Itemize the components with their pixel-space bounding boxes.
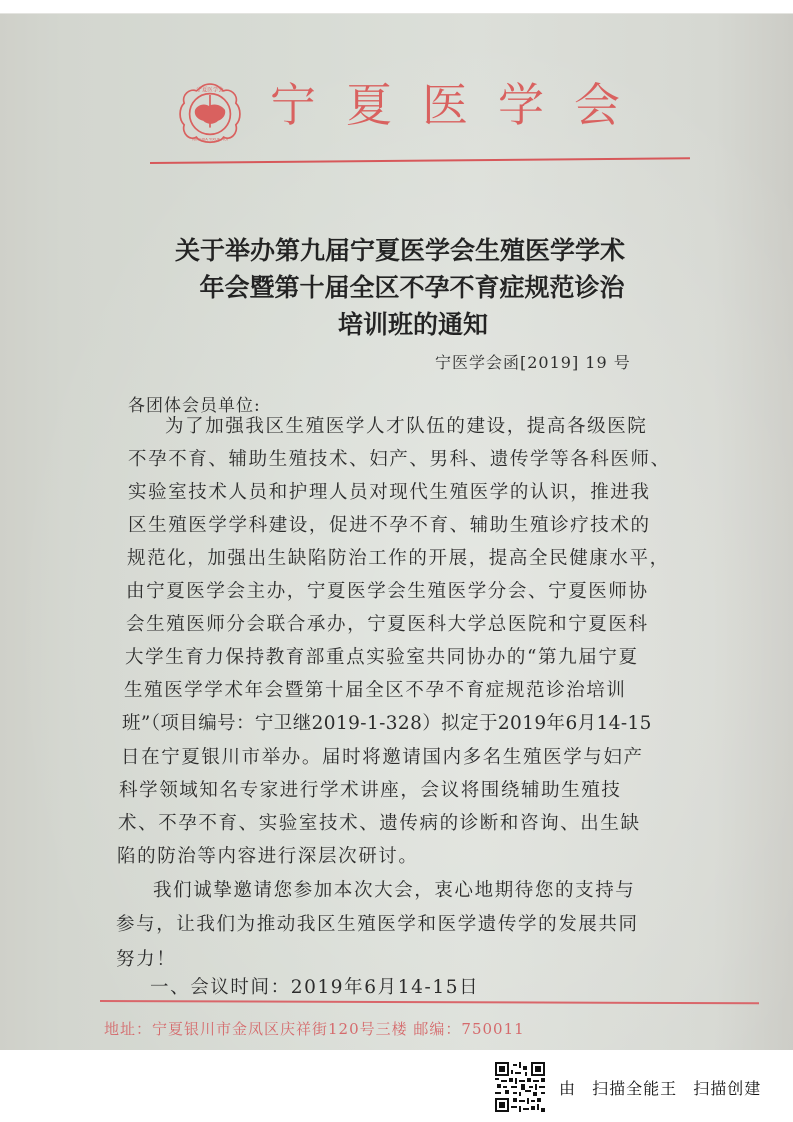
document-title-line-3: 培训班的通知: [113, 312, 713, 337]
salutation: 各团体会员单位:: [128, 391, 261, 416]
scanner-prefix: 由: [559, 1079, 576, 1098]
document-title-line-2: 年会暨第十届全区不孕不育症规范诊治: [112, 275, 712, 300]
header-divider: [150, 157, 690, 164]
body-line: 科学领域知名专家进行学术讲座，会议将围绕辅助生殖技: [119, 782, 622, 801]
body-line: 会生殖医师分会联合承办，宁夏医科大学总医院和宁夏医科: [126, 616, 649, 635]
body-line: 班”（项目编号：宁卫继2019-1-328）拟定于2019年6月14-15: [122, 715, 652, 734]
body-line: 参与，让我们为推动我区生殖医学和医学遗传学的发展共同: [116, 916, 639, 935]
body-line: 努力！: [116, 951, 176, 970]
scanner-app-name: 扫描全能王: [592, 1079, 677, 1098]
body-line: 日在宁夏银川市举办。届时将邀请国内多名生殖医学与妇产: [121, 749, 644, 768]
body-line: 术、不孕不育、实验室技术、遗传病的诊断和咨询、出生缺: [118, 815, 641, 834]
scanned-page: 宁夏医学会 NINGXIA YIXUE HUI 宁夏医学会 关于举办第九届宁夏医…: [0, 13, 793, 1050]
body-line: 区生殖医学学科建设，促进不孕不育、辅助生殖诊疗技术的: [128, 517, 651, 536]
organization-name: 宁夏医学会: [270, 82, 650, 128]
body-line: 由宁夏医学会主办，宁夏医学会生殖医学分会、宁夏医师协: [126, 583, 649, 602]
svg-text:NINGXIA YIXUE HUI: NINGXIA YIXUE HUI: [192, 138, 228, 142]
body-line: 实验室技术人员和护理人员对现代生殖医学的认识，推进我: [128, 484, 651, 503]
footer-divider: [100, 1000, 759, 1004]
scanner-suffix: 扫描创建: [693, 1079, 761, 1098]
document-title-line-1: 关于举办第九届宁夏医学会生殖医学学术: [100, 238, 700, 263]
section-heading-meeting-time: 一、会议时间：2019年6月14-15日: [150, 979, 479, 998]
body-line: 陷的防治等内容进行深层次研讨。: [117, 848, 419, 867]
scanner-watermark: 由 扫描全能王 扫描创建: [495, 1062, 771, 1112]
qr-code-icon: [495, 1062, 545, 1112]
document-number: 宁医学会函[2019] 19 号: [435, 350, 631, 373]
footer-address: 地址：宁夏银川市金凤区庆祥街120号三楼 邮编：750011: [104, 1018, 525, 1039]
body-line: 大学生育力保持教育部重点实验室共同协办的“第九届宁夏: [125, 649, 639, 668]
body-line: 生殖医学学术年会暨第十届全区不孕不育症规范诊治培训: [124, 682, 627, 701]
society-emblem-icon: 宁夏医学会 NINGXIA YIXUE HUI: [176, 80, 244, 148]
scanner-credit: 由 扫描全能王 扫描创建: [559, 1076, 771, 1099]
body-line: 不孕不育、辅助生殖技术、妇产、男科、遗传学等各科医师、: [128, 451, 671, 470]
body-line: 规范化，加强出生缺陷防治工作的开展，提高全民健康水平，: [127, 550, 670, 569]
body-line: 我们诚挚邀请您参加本次大会，衷心地期待您的支持与: [153, 882, 635, 901]
body-line: 为了加强我区生殖医学人才队伍的建设，提高各级医院: [165, 418, 647, 437]
